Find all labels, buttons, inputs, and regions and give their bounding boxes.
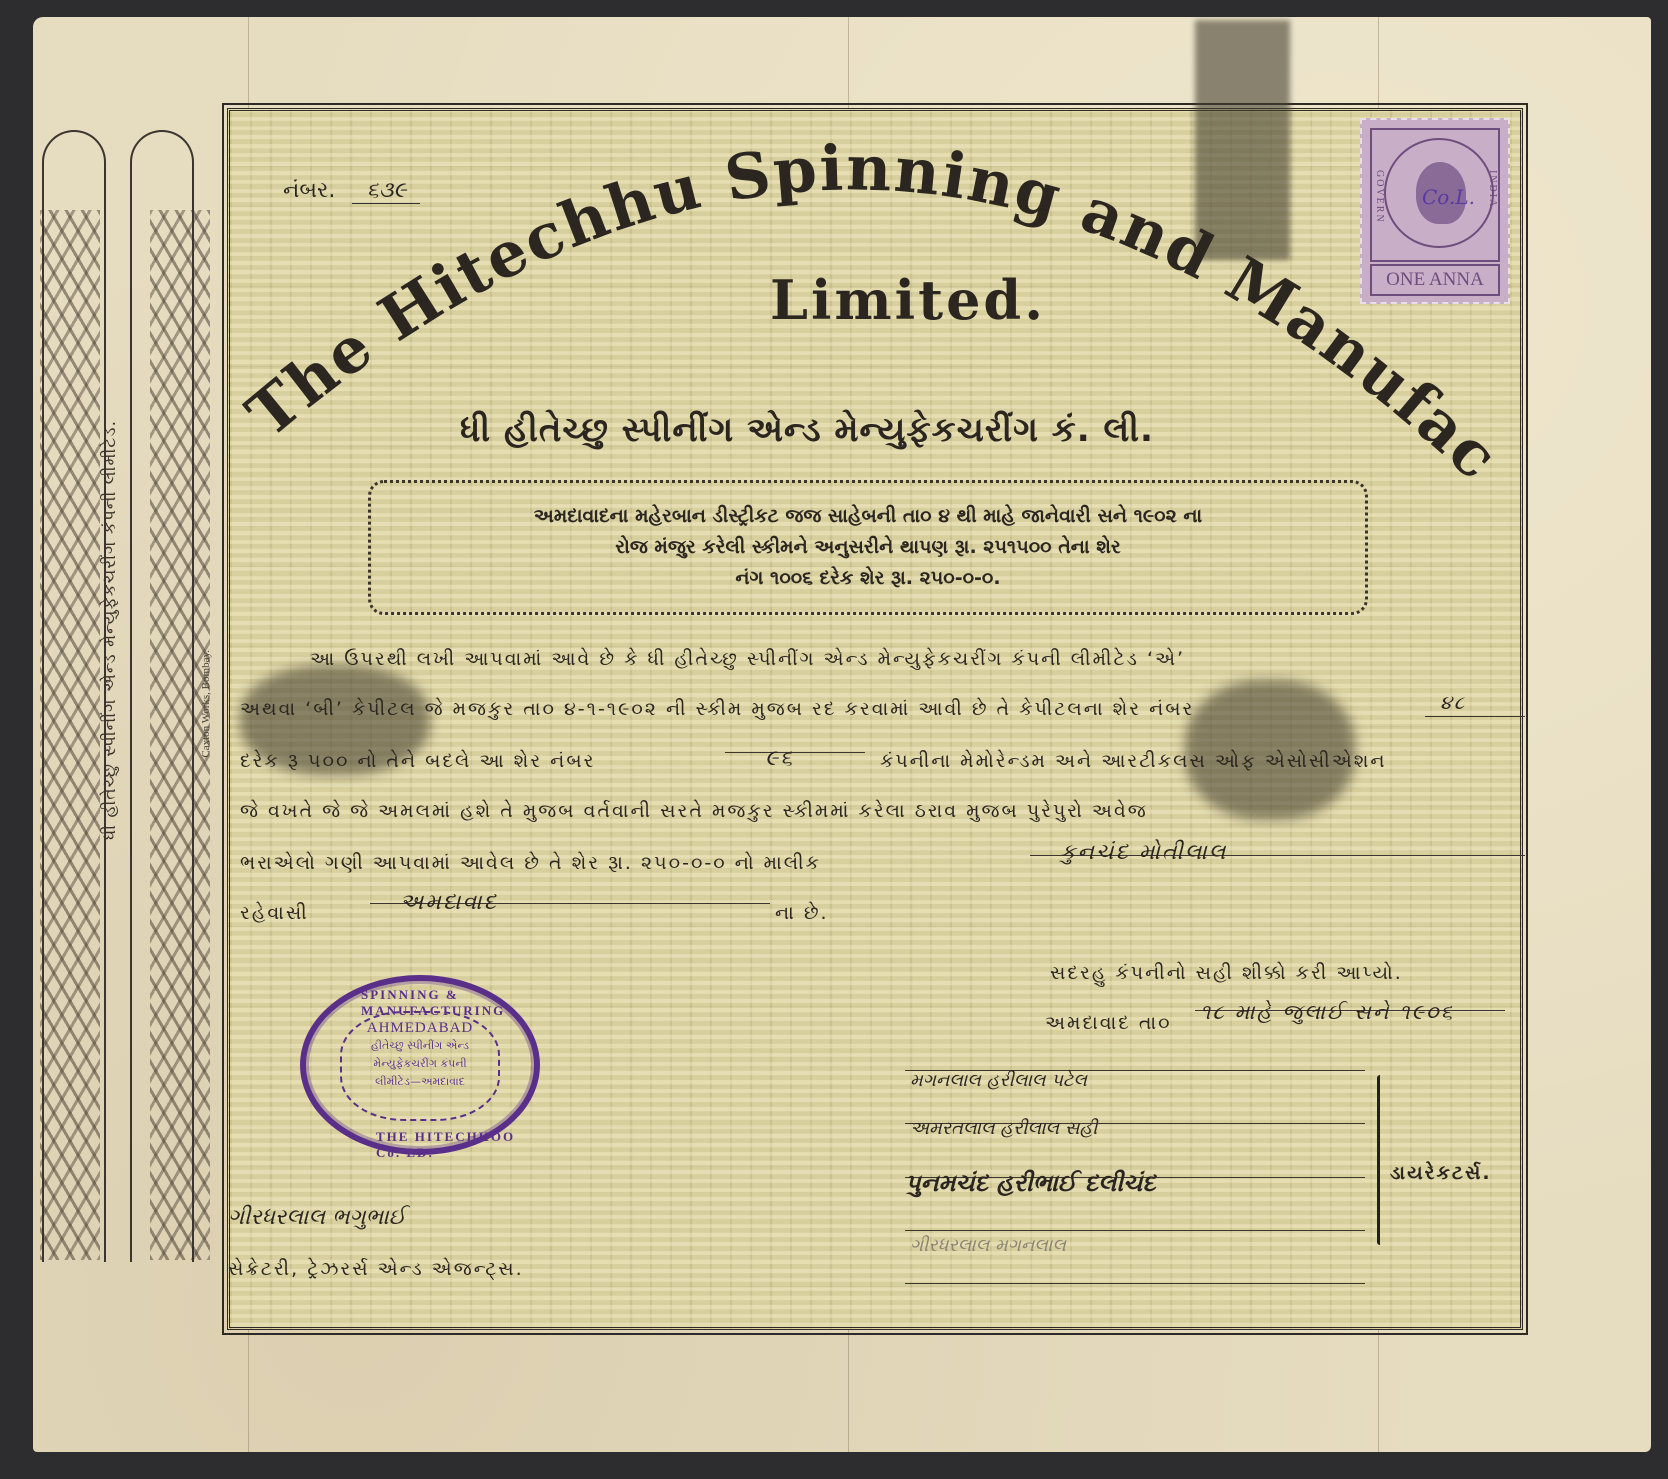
new-share-number-line — [725, 752, 865, 753]
owner-name: કુનચંદ મોતીલાલ — [1060, 840, 1227, 865]
body-line-3b: કંપનીના મેમોરેન્ડમ અને આરટીકલસ ઓફ એસોસીએ… — [880, 750, 1387, 772]
body-line-2: અથવા ‘બી’ કેપીટલ જે મજકુર તા૦ ૪-૧-૧૯૦૨ ન… — [240, 698, 1194, 720]
company-title-gujarati: ધી હીતેચ્છુ સ્પીનીંગ એન્ડ મેન્યુફેકચરીંગ… — [460, 410, 1154, 450]
revenue-stamp: GOVERN INDIA Co.L. ONE ANNA — [1360, 118, 1510, 304]
director-sign-line — [905, 1230, 1365, 1231]
sealing-statement: સદરહુ કંપનીનો સહી શીક્કો કરી આપ્યો. — [1050, 962, 1403, 984]
scheme-line: અમદાવાદના મહેરબાન ડીસ્ટ્રીકટ જજ સાહેબની … — [371, 501, 1365, 532]
stamp-ring-text: INDIA — [1487, 170, 1498, 208]
scheme-line: રોજ મંજુર કરેલી સ્કીમને અનુસરીને થાપણ રૂ… — [371, 532, 1365, 563]
seal-city: AHMEDABAD — [342, 1019, 498, 1037]
stamp-frame: GOVERN INDIA Co.L. — [1370, 128, 1500, 262]
body-line-5: ભરાએલો ગણી આપવામાં આવેલ છે તે શેર રૂા. ૨… — [240, 852, 821, 874]
body-line-4: જે વખતે જે જે અમલમાં હશે તે મુજબ વર્તવાન… — [240, 800, 1148, 822]
director-signature-2: અમરતલાલ હરીલાલ સહી — [910, 1118, 1097, 1139]
seal-ring-text-bottom: THE HITECHHOO Co. LD. — [376, 1129, 534, 1161]
director-signature-1: મગનલાલ હરીલાલ પટેલ — [910, 1070, 1087, 1091]
issue-date: ૧૮ માહે જુલાઈ સને ૧૯૦૬ — [1200, 1000, 1454, 1025]
scheme-box: અમદાવાદના મહેરબાન ડીસ્ટ્રીકટ જજ સાહેબની … — [368, 480, 1368, 615]
stamp-value: ONE ANNA — [1370, 264, 1500, 296]
old-share-number-line — [1425, 716, 1525, 717]
director-sign-line — [905, 1283, 1365, 1284]
stamp-ring-text: GOVERN — [1374, 170, 1385, 224]
old-share-number: ૪૮ — [1440, 692, 1466, 714]
directors-bracket — [1377, 1075, 1386, 1245]
company-seal: SPINNING & MANUFACTURING AHMEDABAD હીતેચ… — [300, 975, 540, 1155]
residence-suffix: ના છે. — [775, 902, 829, 924]
directors-label: ડાયરેકટર્સ. — [1390, 1162, 1492, 1184]
director-signature-faint: ગીરધરલાલ મગનલાલ — [910, 1235, 1066, 1256]
residence-value: અમદાવાદ — [400, 890, 498, 915]
seal-line: હીતેચ્છુ સ્પીનીંગ એન્ડ — [342, 1037, 498, 1055]
secretary-signature: ગીરધરલાલ ભગુભાઈ — [228, 1205, 406, 1230]
new-share-number: ૯૬ — [765, 746, 794, 771]
stamp-cancellation: Co.L. — [1422, 185, 1475, 209]
secretary-label: સેક્રેટરી, ટ્રેઝરર્સ એન્ડ એજન્ટ્સ. — [228, 1258, 524, 1280]
body-line-3a: દરેક રૂ ૫૦૦ નો તેને બદલે આ શેર નંબર — [240, 750, 595, 772]
place-date-label: અમદાવાદ તા૦ — [1045, 1012, 1172, 1034]
director-signature-3: પુનમચંદ હરીભાઈ દલીચંદ — [905, 1168, 1156, 1197]
seal-center: AHMEDABAD હીતેચ્છુ સ્પીનીંગ એન્ડ મેન્યુફ… — [340, 1011, 500, 1121]
seal-line: લીમીટેડ—અમદાવાદ — [342, 1073, 498, 1091]
scheme-line: નંગ ૧૦૦૬ દરેક શેર રૂા. ૨૫૦-૦-૦. — [371, 563, 1365, 594]
printer-credit: Caxton Works, Bombay. — [200, 650, 212, 758]
residence-label: રહેવાસી — [240, 902, 309, 924]
seal-line: મેન્યુફેકચરીંગ કંપની — [342, 1055, 498, 1073]
company-title-limited: Limited. — [770, 268, 1046, 332]
body-line-1: આ ઉપરથી લખી આપવામાં આવે છે કે ધી હીતેચ્છ… — [310, 648, 1185, 670]
